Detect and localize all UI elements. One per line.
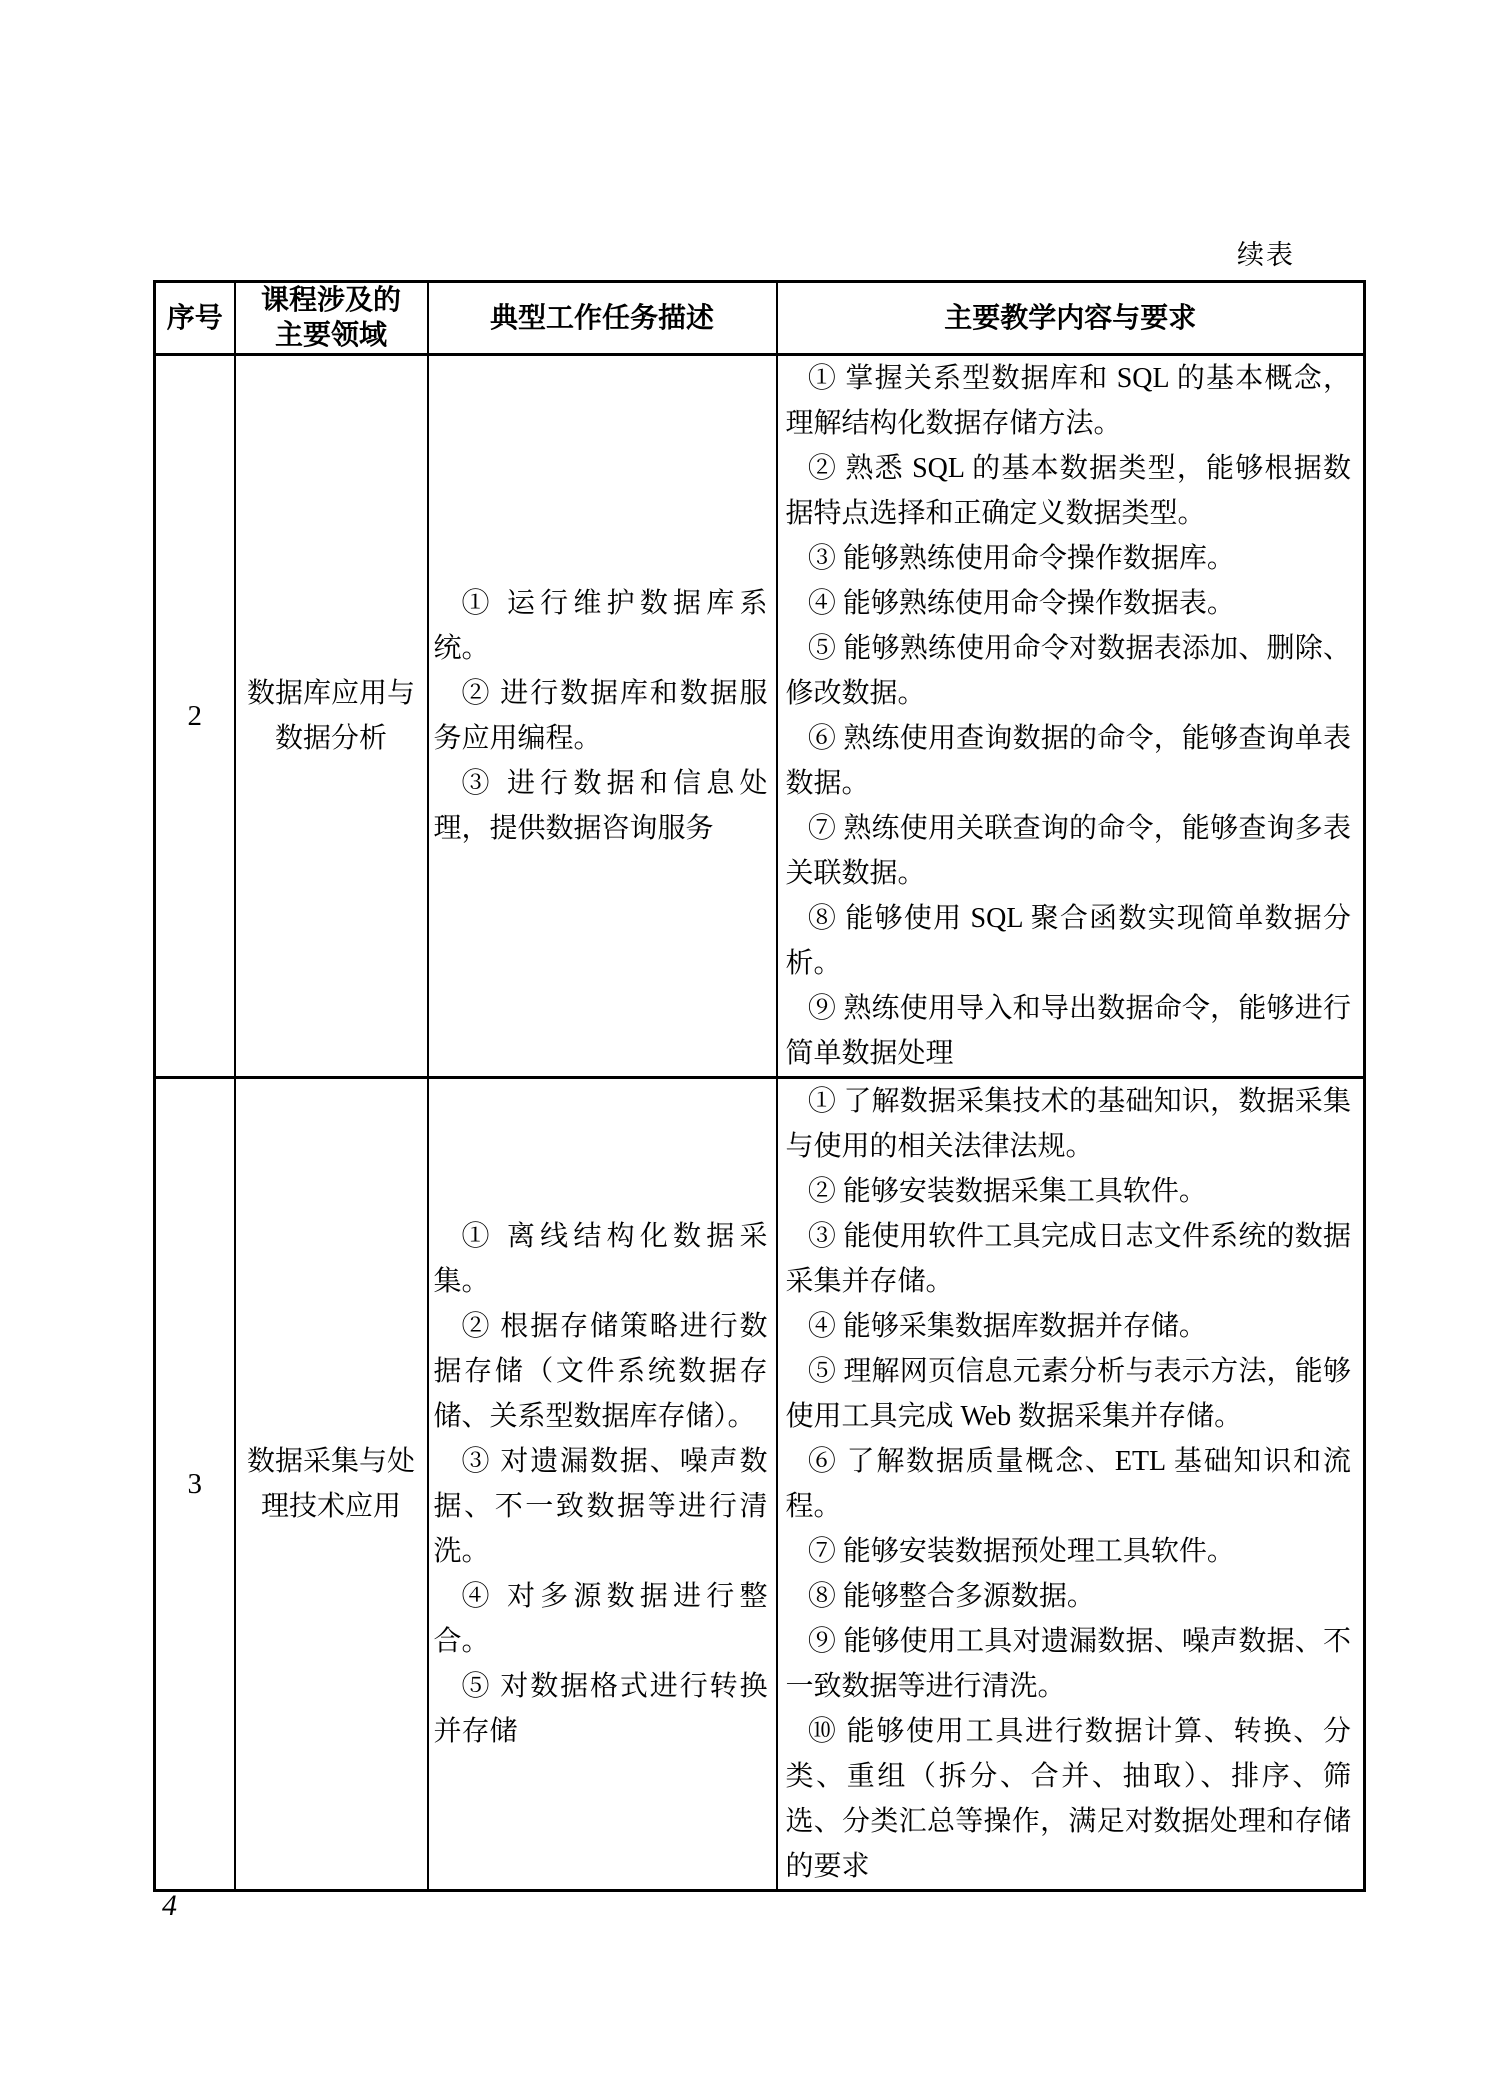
- col-header-no: 序号: [155, 282, 235, 355]
- list-item: ① 了解数据采集技术的基础知识，数据采集与使用的相关法律法规。: [786, 1079, 1352, 1169]
- list-item: ③ 能够熟练使用命令操作数据库。: [786, 536, 1352, 581]
- list-item: ④ 能够熟练使用命令操作数据表。: [786, 581, 1352, 626]
- document-page: { "page": { "continued_label": "续表", "pa…: [0, 0, 1503, 2094]
- page-number: 4: [162, 1888, 177, 1924]
- list-item: ⑨ 能够使用工具对遗漏数据、噪声数据、不一致数据等进行清洗。: [786, 1619, 1352, 1709]
- list-item: ⑧ 能够使用 SQL 聚合函数实现简单数据分析。: [786, 896, 1352, 986]
- list-item: ⑤ 能够熟练使用命令对数据表添加、删除、修改数据。: [786, 626, 1352, 716]
- row-number: 3: [155, 1078, 235, 1891]
- table-header-row: 序号 课程涉及的 主要领域 典型工作任务描述 主要教学内容与要求: [155, 282, 1365, 355]
- list-item: ⑩ 能够使用工具进行数据计算、转换、分类、重组（拆分、合并、抽取）、排序、筛选、…: [786, 1709, 1352, 1889]
- continued-table-label: 续表: [1237, 240, 1363, 270]
- col-header-typical-tasks: 典型工作任务描述: [428, 282, 777, 355]
- list-item: ② 熟悉 SQL 的基本数据类型，能够根据数据特点选择和正确定义数据类型。: [786, 446, 1352, 536]
- list-item: ⑨ 熟练使用导入和导出数据命令，能够进行简单数据处理: [786, 986, 1352, 1076]
- list-item: ⑧ 能够整合多源数据。: [786, 1574, 1352, 1619]
- list-item: ⑤ 理解网页信息元素分析与表示方法，能够使用工具完成 Web 数据采集并存储。: [786, 1349, 1352, 1439]
- col-header-course-area: 课程涉及的 主要领域: [235, 282, 428, 355]
- list-item: ⑥ 了解数据质量概念、ETL 基础知识和流程。: [786, 1439, 1352, 1529]
- list-item: ① 离线结构化数据采集。: [434, 1214, 768, 1304]
- course-area-cell: 数据采集与处 理技术应用: [235, 1078, 428, 1891]
- typical-tasks-cell: ① 离线结构化数据采集。② 根据存储策略进行数据存储（文件系统数据存储、关系型数…: [428, 1078, 777, 1891]
- list-item: ① 运行维护数据库系统。: [434, 581, 768, 671]
- teaching-contents-cell: ① 掌握关系型数据库和 SQL 的基本概念，理解结构化数据存储方法。② 熟悉 S…: [777, 355, 1365, 1078]
- list-item: ⑦ 能够安装数据预处理工具软件。: [786, 1529, 1352, 1574]
- list-item: ③ 能使用软件工具完成日志文件系统的数据采集并存储。: [786, 1214, 1352, 1304]
- list-item: ⑤ 对数据格式进行转换并存储: [434, 1664, 768, 1754]
- course-area-cell: 数据库应用与 数据分析: [235, 355, 428, 1078]
- list-item: ③ 进行数据和信息处理，提供数据咨询服务: [434, 761, 768, 851]
- row-number: 2: [155, 355, 235, 1078]
- table-row: 2 数据库应用与 数据分析 ① 运行维护数据库系统。② 进行数据库和数据服务应用…: [155, 355, 1365, 1078]
- list-item: ② 能够安装数据采集工具软件。: [786, 1169, 1352, 1214]
- col-header-teaching-contents: 主要教学内容与要求: [777, 282, 1365, 355]
- list-item: ③ 对遗漏数据、噪声数据、不一致数据等进行清洗。: [434, 1439, 768, 1574]
- list-item: ④ 对多源数据进行整合。: [434, 1574, 768, 1664]
- list-item: ② 根据存储策略进行数据存储（文件系统数据存储、关系型数据库存储）。: [434, 1304, 768, 1439]
- course-requirements-table: 序号 课程涉及的 主要领域 典型工作任务描述 主要教学内容与要求 2 数据库应用…: [153, 280, 1366, 1892]
- table-row: 3 数据采集与处 理技术应用 ① 离线结构化数据采集。② 根据存储策略进行数据存…: [155, 1078, 1365, 1891]
- list-item: ④ 能够采集数据库数据并存储。: [786, 1304, 1352, 1349]
- list-item: ⑦ 熟练使用关联查询的命令，能够查询多表关联数据。: [786, 806, 1352, 896]
- list-item: ② 进行数据库和数据服务应用编程。: [434, 671, 768, 761]
- list-item: ① 掌握关系型数据库和 SQL 的基本概念，理解结构化数据存储方法。: [786, 356, 1352, 446]
- teaching-contents-cell: ① 了解数据采集技术的基础知识，数据采集与使用的相关法律法规。② 能够安装数据采…: [777, 1078, 1365, 1891]
- typical-tasks-cell: ① 运行维护数据库系统。② 进行数据库和数据服务应用编程。③ 进行数据和信息处理…: [428, 355, 777, 1078]
- list-item: ⑥ 熟练使用查询数据的命令，能够查询单表数据。: [786, 716, 1352, 806]
